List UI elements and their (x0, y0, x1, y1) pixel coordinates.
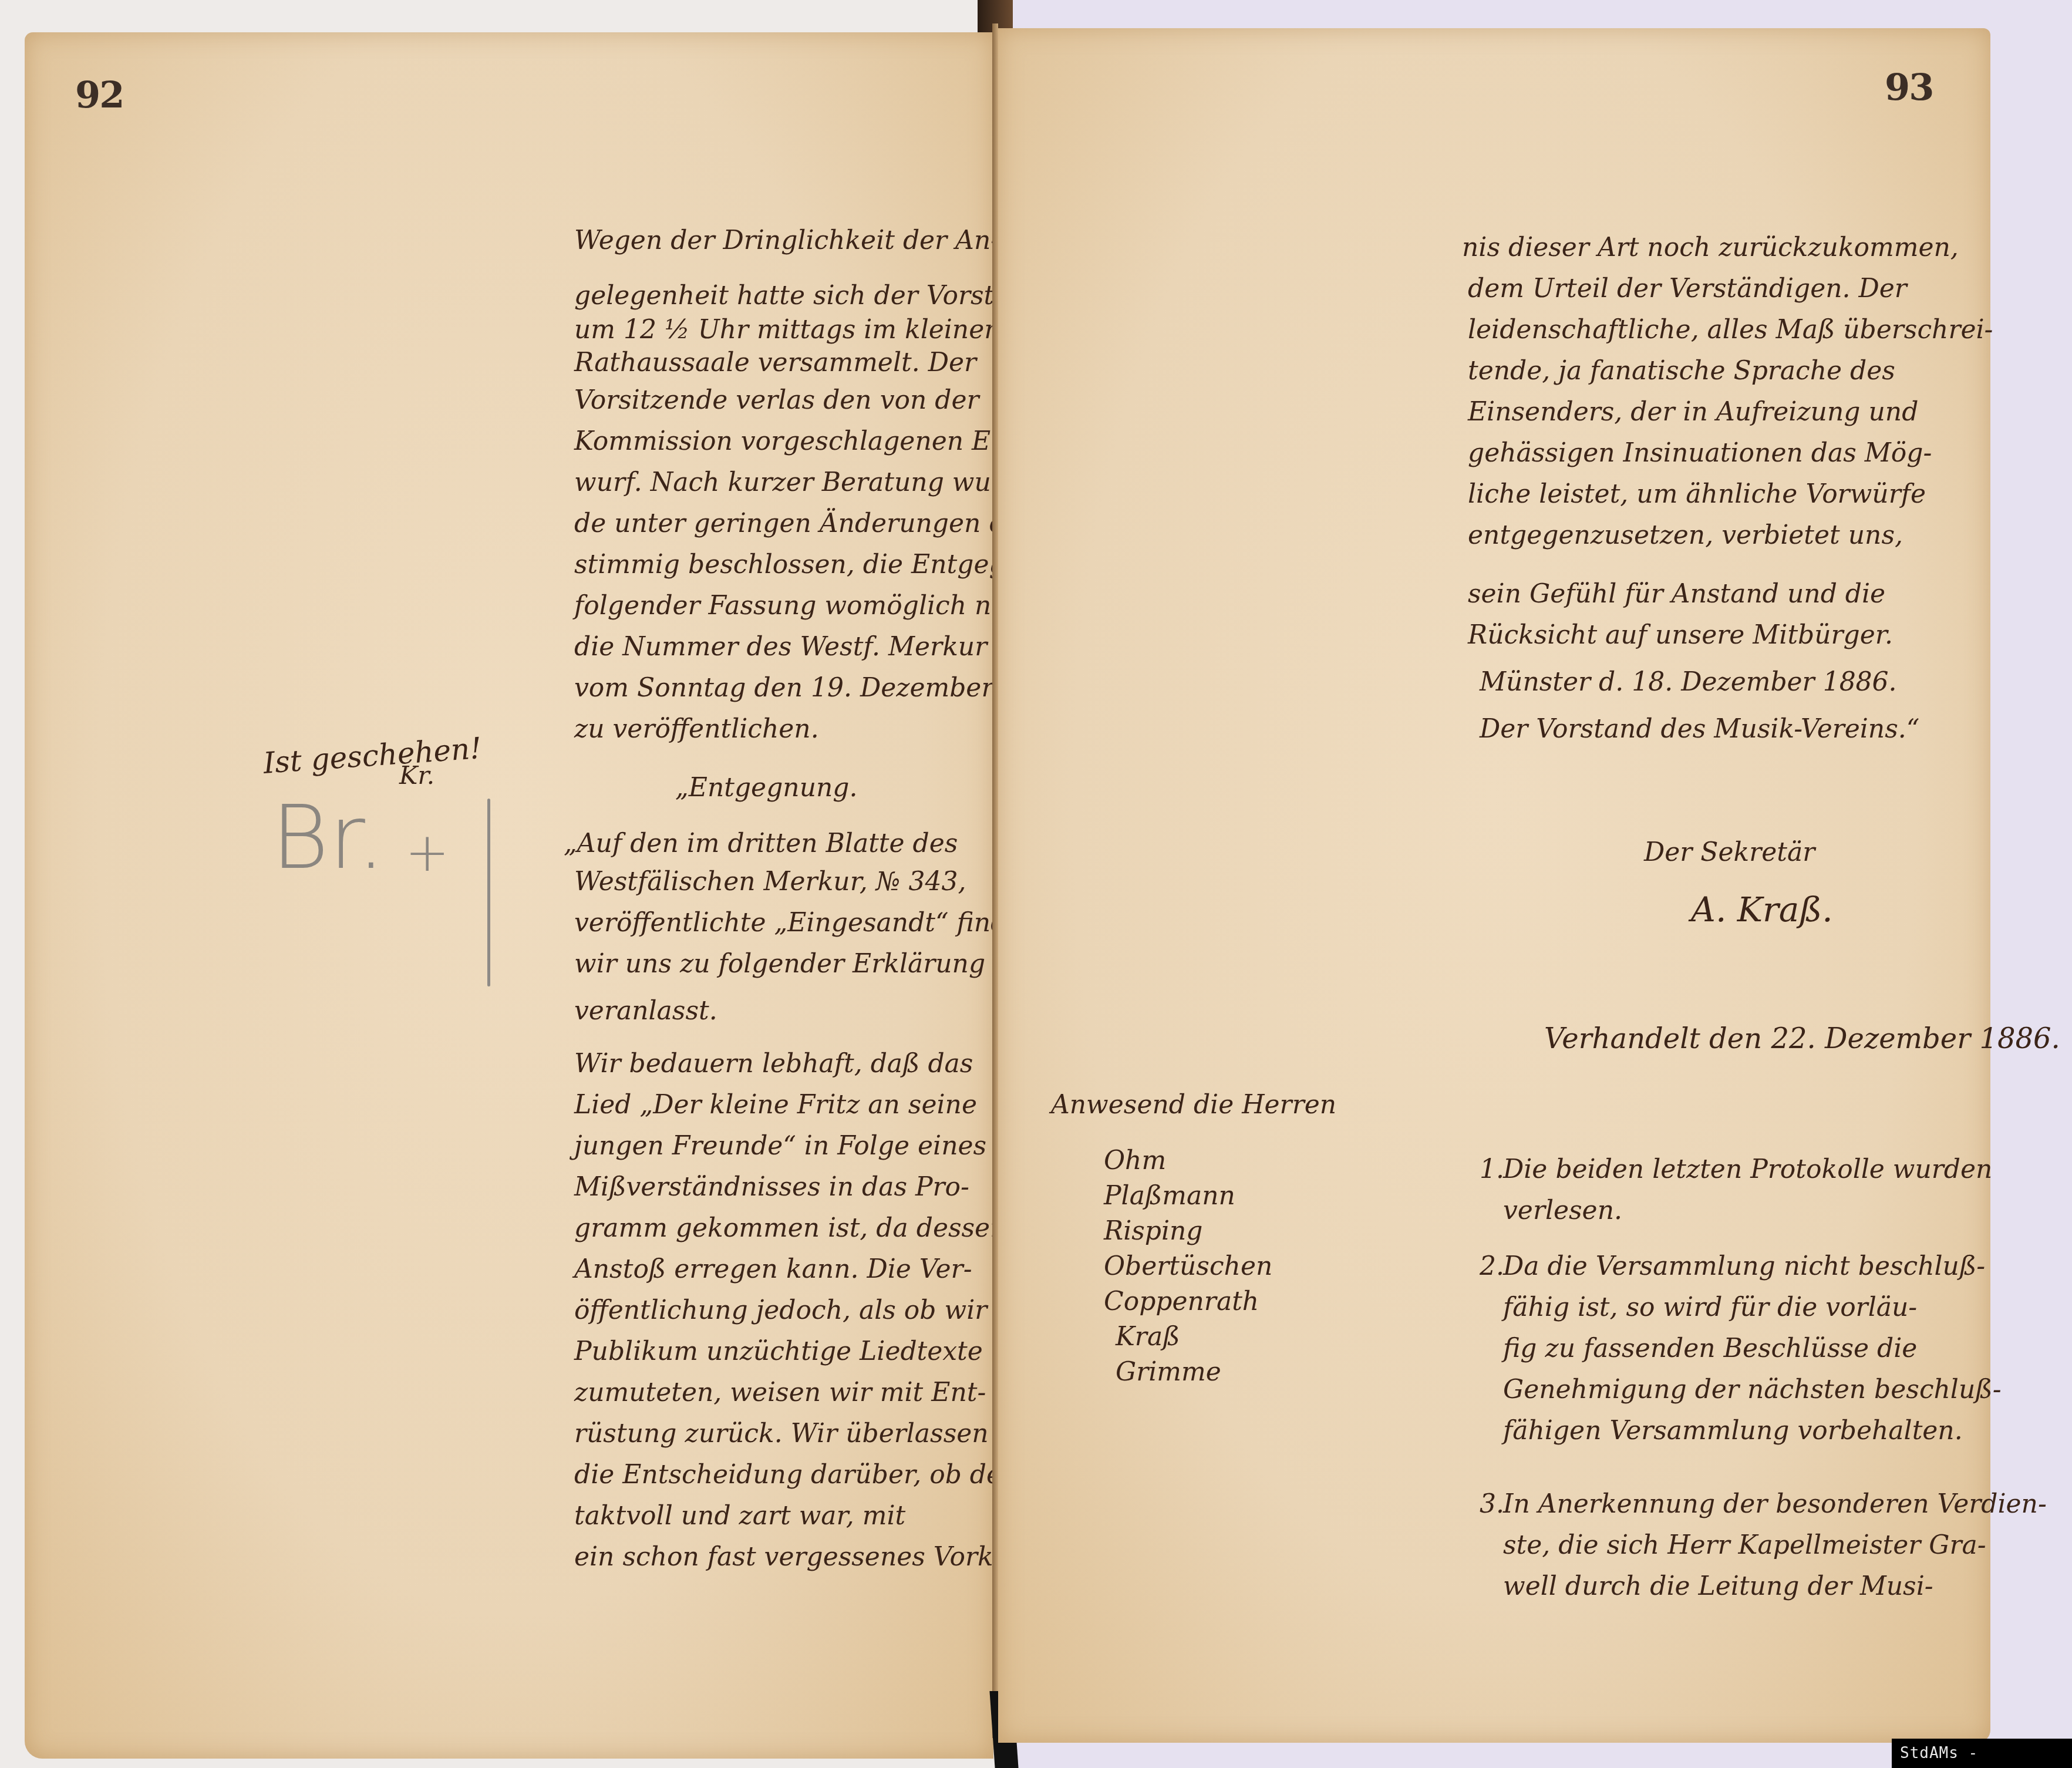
closing-signatory: Der Vorstand des Musik-Vereins.“ (1480, 716, 1919, 742)
text-line: Lied „Der kleine Fritz an seine (574, 1092, 977, 1118)
margin-note-initials: Kr. (399, 763, 434, 788)
attendee-name: Grimme (1116, 1359, 1221, 1385)
meeting-heading: Verhandelt den 22. Dezember 1886. (1544, 1025, 2060, 1053)
item-line: fähig ist, so wird für die vorläu- (1503, 1295, 1917, 1321)
text-line: taktvoll und zart war, mit (574, 1503, 905, 1529)
text-line: gramm gekommen ist, da dessen (574, 1215, 1006, 1241)
text-line: folgender Fassung womöglich noch (574, 593, 1038, 619)
text-line: vom Sonntag den 19. Dezember (574, 675, 993, 701)
item-line: fähigen Versammlung vorbehalten. (1503, 1418, 1963, 1444)
attendee-name: Plaßmann (1104, 1183, 1235, 1209)
text-line: dem Urteil der Verständigen. Der (1468, 276, 1907, 302)
text-line: Rathaussaale versammelt. Der (574, 350, 976, 376)
pencil-mark-br: Br. (271, 787, 385, 889)
attendee-name: Ohm (1104, 1148, 1166, 1174)
text-line: um 12 ½ Uhr mittags im kleinen (574, 317, 1001, 343)
section-heading: „Entgegnung. (675, 775, 857, 801)
item-line: Die beiden letzten Protokolle wurden (1503, 1157, 1992, 1183)
text-line: gehässigen Insinuationen das Mög- (1468, 440, 1932, 466)
item-line: In Anerkennung der besonderen Verdien- (1503, 1491, 2047, 1517)
item-line: fig zu fassenden Beschlüsse die (1503, 1336, 1917, 1362)
book-gutter (992, 23, 998, 1738)
text-line: tende, ja fanatische Sprache des (1468, 358, 1895, 384)
text-line: veröffentlichte „Eingesandt“ finden (574, 910, 1039, 936)
item-number: 1. (1480, 1157, 1504, 1183)
item-number: 3. (1480, 1491, 1504, 1517)
text-line: Mißverständnisses in das Pro- (574, 1174, 969, 1200)
text-line: Publikum unzüchtige Liedtexte (574, 1339, 983, 1365)
attendee-name: Obertüschen (1104, 1254, 1272, 1279)
text-line: „Auf den im dritten Blatte des (564, 831, 958, 857)
text-line: sein Gefühl für Anstand und die (1468, 581, 1885, 607)
text-line: veranlasst. (574, 998, 717, 1024)
text-line: öffentlichung jedoch, als ob wir dem (574, 1298, 1052, 1324)
item-line: verlesen. (1503, 1198, 1622, 1224)
text-line: Anstoß erregen kann. Die Ver- (574, 1257, 972, 1282)
item-line: ste, die sich Herr Kapellmeister Gra- (1503, 1533, 1986, 1558)
attendee-name: Risping (1104, 1218, 1203, 1244)
text-line: die Nummer des Westf. Merkur (574, 634, 987, 660)
text-line: Wegen der Dringlichkeit der An- (574, 228, 999, 254)
text-line: entgegenzusetzen, verbietet uns, (1468, 523, 1903, 548)
right-page-number: 93 (1885, 66, 1933, 109)
text-line: de unter geringen Änderungen ein- (574, 511, 1038, 537)
text-line: liche leistet, um ähnliche Vorwürfe (1468, 481, 1926, 507)
text-line: zumuteten, weisen wir mit Ent- (574, 1380, 986, 1406)
attendance-heading: Anwesend die Herren (1051, 1092, 1336, 1118)
signature-title: Der Sekretär (1644, 840, 1815, 866)
attendee-name: Kraß (1116, 1324, 1180, 1350)
text-line: Vorsitzende verlas den von der (574, 388, 979, 413)
item-line: well durch die Leitung der Musi- (1503, 1574, 1933, 1599)
text-line: jungen Freunde“ in Folge eines (574, 1133, 986, 1159)
text-line: wurf. Nach kurzer Beratung wur- (574, 470, 1012, 496)
text-line: Westfälischen Merkur, № 343, (574, 869, 966, 895)
text-line: Kommission vorgeschlagenen Ent- (574, 429, 1026, 454)
attendee-name: Coppenrath (1104, 1289, 1259, 1315)
item-line: Genehmigung der nächsten beschluß- (1503, 1377, 2002, 1403)
text-line: zu veröffentlichen. (574, 716, 819, 742)
pencil-cross-mark: + (405, 822, 449, 884)
text-line: gelegenheit hatte sich der Vorstand (574, 283, 1043, 309)
text-line: die Entscheidung darüber, ob der (574, 1462, 1014, 1488)
item-number: 2. (1480, 1254, 1504, 1279)
item-line: Da die Versammlung nicht beschluß- (1503, 1254, 1985, 1279)
closing-date: Münster d. 18. Dezember 1886. (1480, 669, 1897, 695)
text-line: Einsenders, der in Aufreizung und (1468, 399, 1918, 425)
text-line: leidenschaftliche, alles Maß überschrei- (1468, 317, 1993, 343)
text-line: Rücksicht auf unsere Mitbürger. (1468, 622, 1893, 648)
text-line: Wir bedauern lebhaft, daß das (574, 1051, 973, 1077)
signature-name: A. Kraß. (1691, 893, 1833, 927)
pencil-vertical-bar (487, 799, 490, 986)
text-line: wir uns zu folgender Erklärung (574, 951, 985, 977)
archive-watermark: StdAMs - MV_004_124 (1892, 1739, 2072, 1768)
text-line: rüstung zurück. Wir überlassen (574, 1421, 989, 1447)
text-line: nis dieser Art noch zurückzukommen, (1462, 235, 1959, 261)
left-page-number: 92 (75, 73, 123, 116)
